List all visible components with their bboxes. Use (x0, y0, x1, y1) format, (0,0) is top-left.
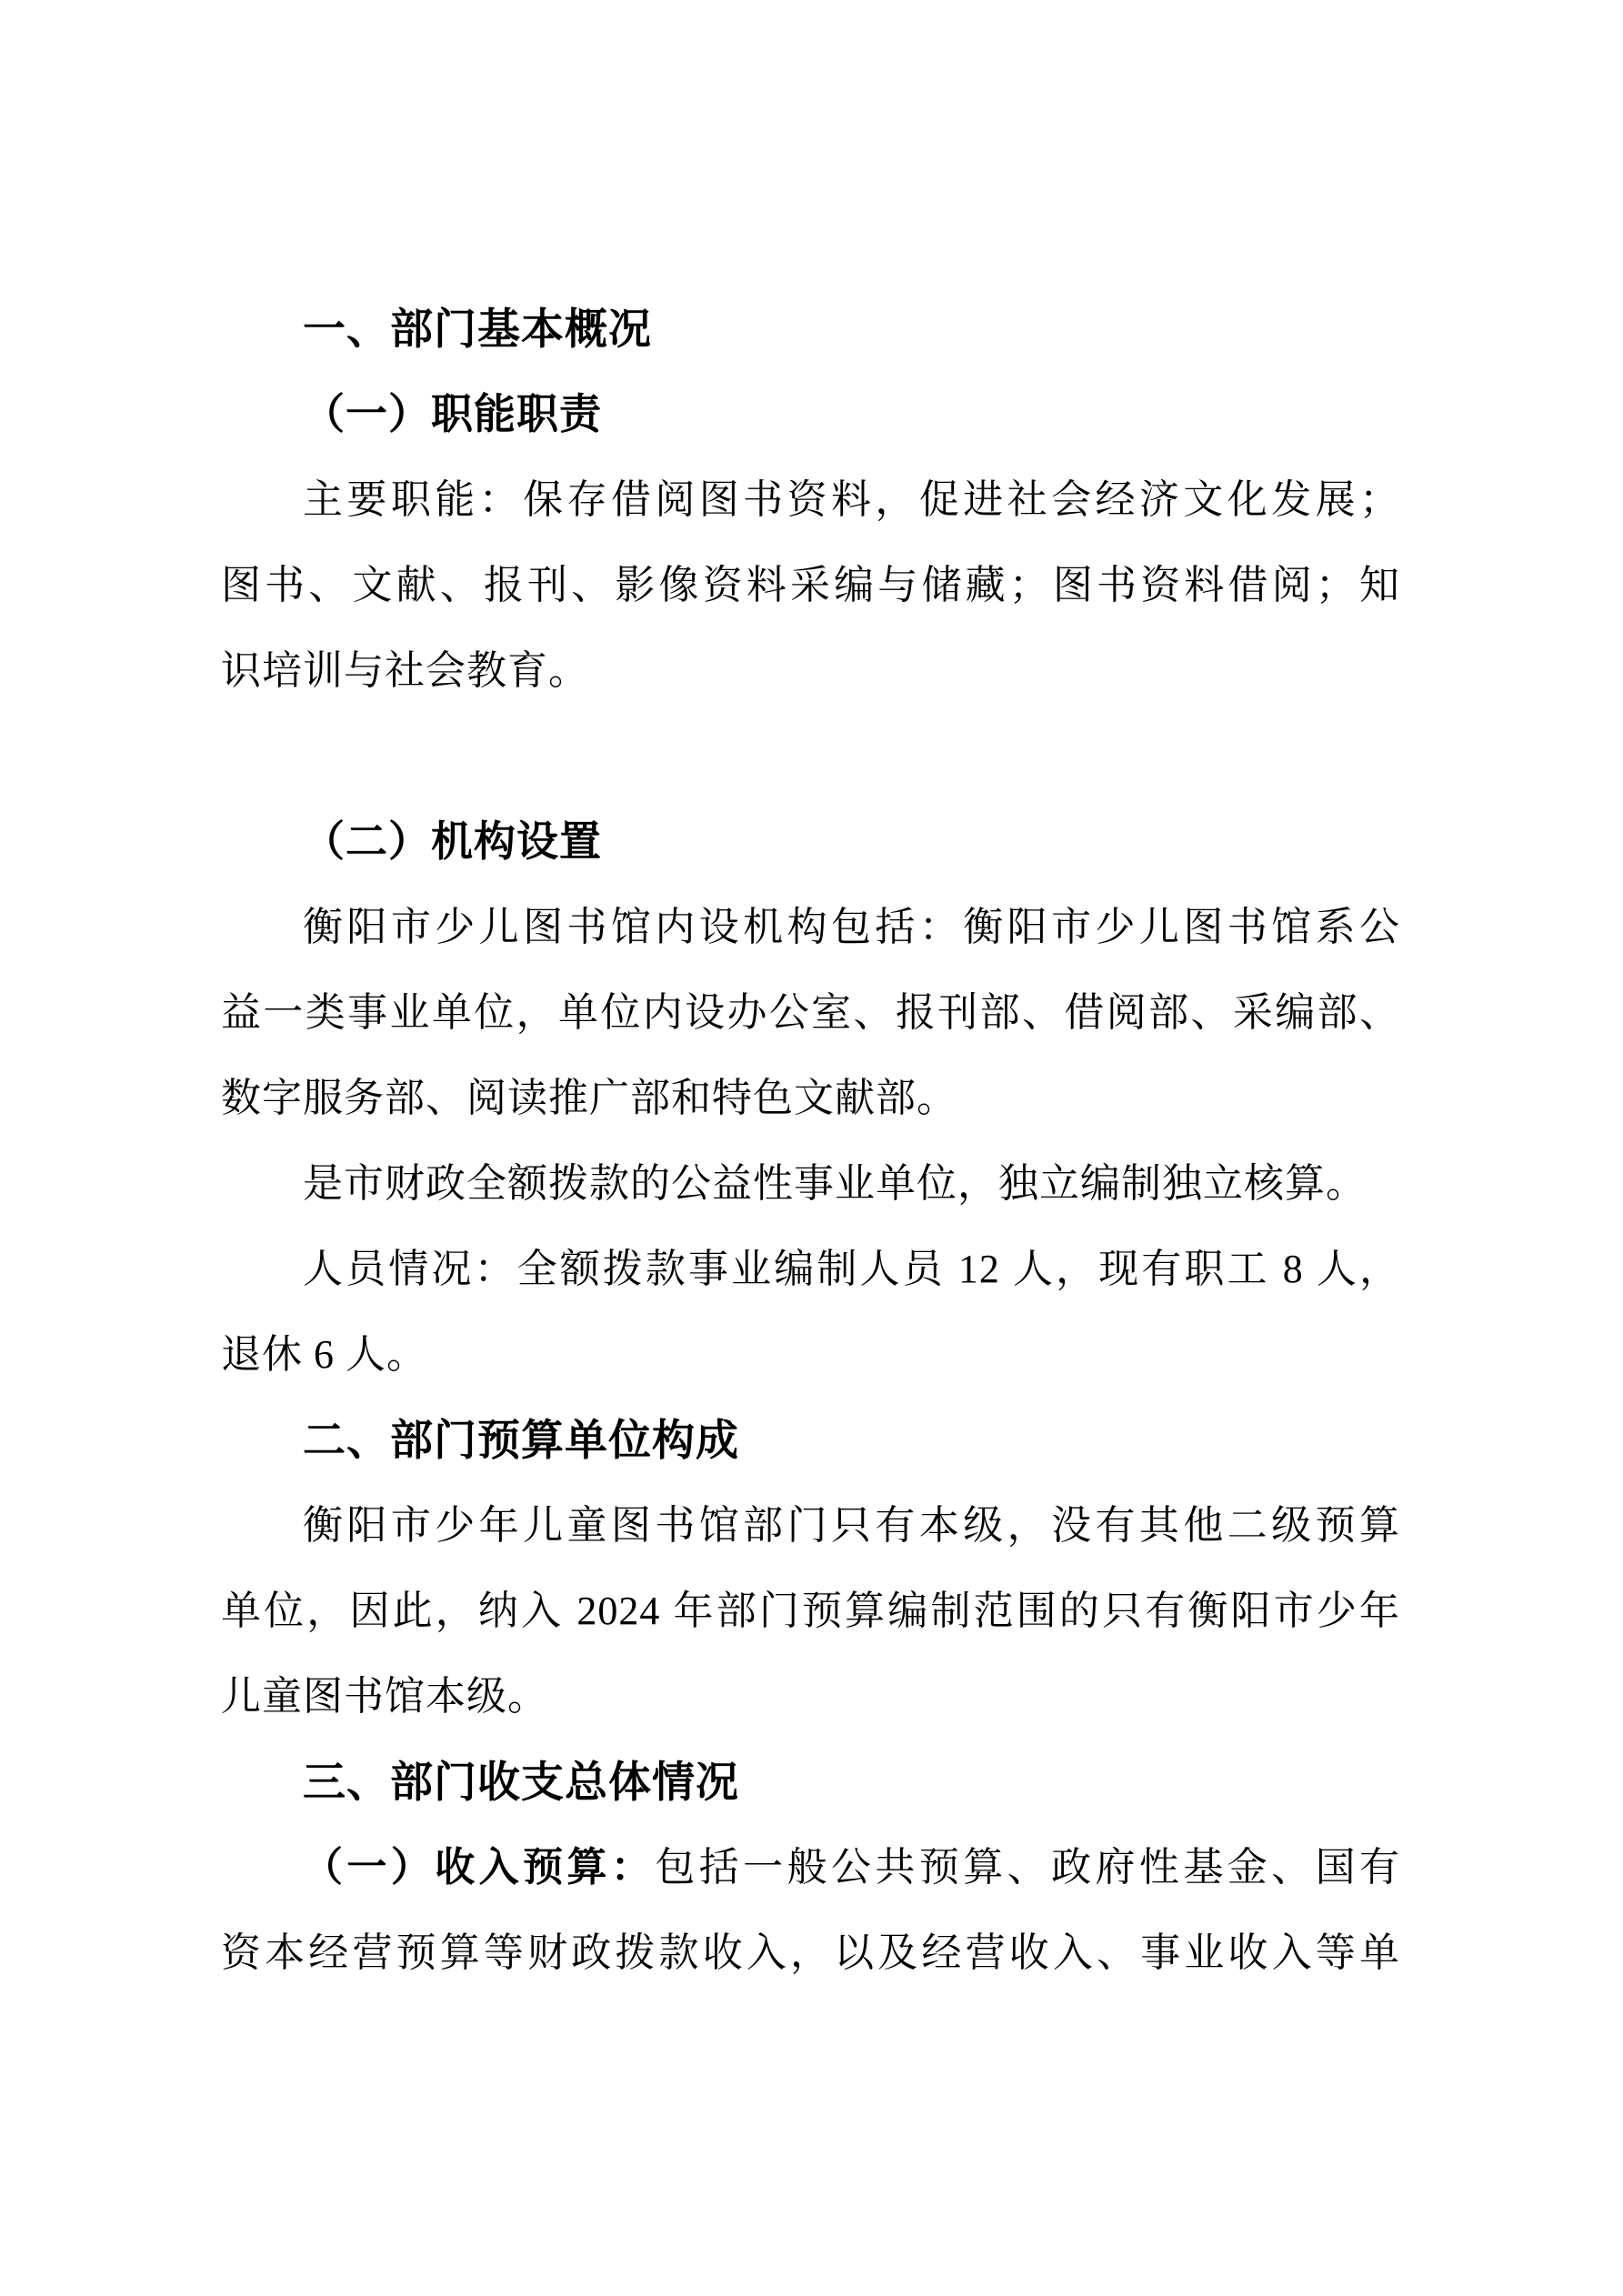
sub-heading-duties: （一）职能职责 (221, 372, 1400, 457)
paragraph-line: 数字服务部、阅读推广部和特色文献部。 (221, 1056, 1400, 1141)
paragraph-line: 主要职能：保存借阅图书资料，促进社会经济文化发展； (221, 457, 1400, 543)
paragraph-line-text: 包括一般公共预算、政府性基金、国有 (655, 1845, 1400, 1890)
paragraph-line: 人员情况：全额拨款事业编制人员 12 人，现有职工 8 人， (221, 1227, 1400, 1312)
paragraph-line: 退休 6 人。 (221, 1312, 1400, 1398)
document-content: 一、部门基本概况 （一）职能职责 主要职能：保存借阅图书资料，促进社会经济文化发… (221, 286, 1400, 1996)
paragraph-line: 识培训与社会教育。 (221, 628, 1400, 714)
paragraph-line: 衡阳市少年儿童图书馆部门只有本级，没有其他二级预算 (221, 1483, 1400, 1569)
paragraph-line: 儿童图书馆本级。 (221, 1654, 1400, 1740)
paragraph-line: 益一类事业单位，单位内设办公室、报刊部、借阅部、采编部、 (221, 970, 1400, 1056)
paragraph-line: 单位，因此，纳入 2024 年部门预算编制范围的只有衡阳市少年 (221, 1569, 1400, 1654)
paragraph-line: 资本经营预算等财政拨款收入，以及经营收入、事业收入等单 (221, 1910, 1400, 1996)
blank-line (221, 714, 1400, 799)
paragraph-lead-bold: （一）收入预算： (303, 1845, 655, 1890)
section-heading-3: 三、部门收支总体情况 (221, 1740, 1400, 1825)
document-page: 一、部门基本概况 （一）职能职责 主要职能：保存借阅图书资料，促进社会经济文化发… (0, 0, 1623, 2296)
sub-heading-structure: （二）机构设置 (221, 799, 1400, 885)
section-heading-1: 一、部门基本概况 (221, 286, 1400, 372)
paragraph-line: 是市财政全额拨款的公益性事业单位，独立编制独立核算。 (221, 1141, 1400, 1227)
paragraph-line: 衡阳市少儿图书馆内设机构包括：衡阳市少儿图书馆系公 (221, 885, 1400, 970)
section-heading-2: 二、部门预算单位构成 (221, 1398, 1400, 1483)
paragraph-line: 图书、文献、报刊、影像资料采编与储藏；图书资料借阅；知 (221, 543, 1400, 628)
paragraph-line: （一）收入预算：包括一般公共预算、政府性基金、国有 (221, 1825, 1400, 1910)
